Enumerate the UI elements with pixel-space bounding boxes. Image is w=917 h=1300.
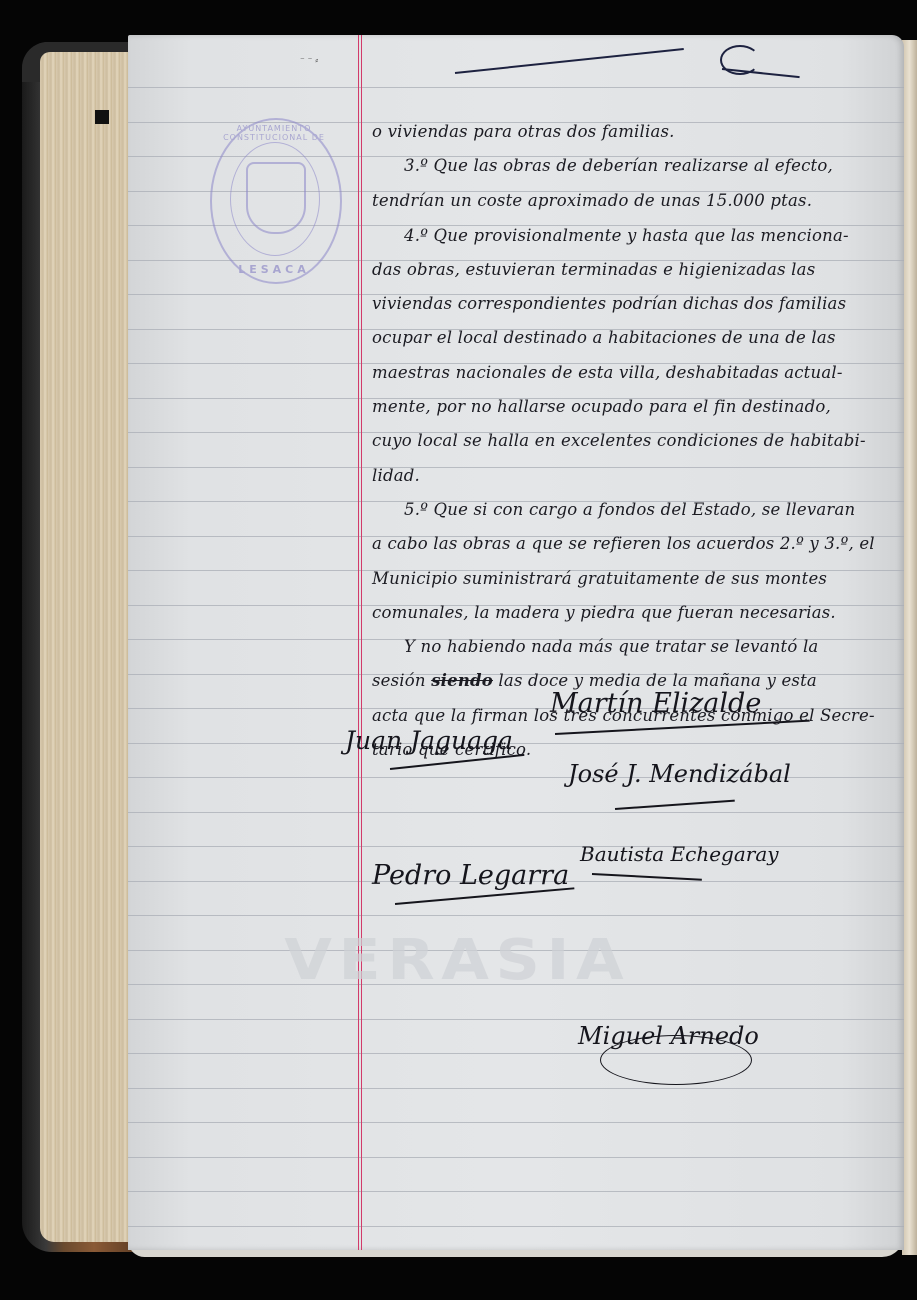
- page-tab-marker: [95, 110, 109, 124]
- signature-jose-mendizabal: José J. Mendizábal: [568, 760, 791, 788]
- signature-bautista-echegaray: Bautista Echegaray: [580, 842, 779, 866]
- text-line: Y no habiendo nada más que tratar se lev…: [372, 637, 917, 656]
- rule-line: [128, 812, 904, 813]
- text-line: cuyo local se halla en excelentes condic…: [372, 431, 902, 450]
- rule-line: [128, 1226, 904, 1227]
- text-line: a cabo las obras a que se refieren los a…: [372, 534, 902, 553]
- bleed-through-text: VERASIA: [284, 928, 630, 993]
- pencil-mark: ⁻ ⁻ ⸗: [300, 55, 318, 66]
- struck-word: siendo: [431, 671, 493, 690]
- rule-line: [128, 1053, 904, 1054]
- text-line: 4.º Que provisionalmente y hasta que las…: [372, 226, 917, 245]
- text-line: tendrían un coste aproximado de unas 15.…: [372, 191, 902, 210]
- text-line: maestras nacionales de esta villa, desha…: [372, 363, 902, 382]
- rule-line: [128, 1088, 904, 1089]
- text-line: ocupar el local destinado a habitaciones…: [372, 328, 902, 347]
- page-stack-left: [40, 52, 140, 1242]
- text-line: 3.º Que las obras de deberían realizarse…: [372, 156, 917, 175]
- rule-line: [128, 915, 904, 916]
- rule-line: [128, 846, 904, 847]
- stamp-top-text: AYUNTAMIENTO CONSTITUCIONAL DE: [212, 124, 336, 142]
- text-line: 5.º Que si con cargo a fondos del Estado…: [372, 500, 917, 519]
- rule-line: [128, 87, 904, 88]
- text-line: lidad.: [372, 466, 902, 485]
- text-line: viviendas correspondientes podrían dicha…: [372, 294, 902, 313]
- signature-loop: [600, 1035, 752, 1085]
- coat-of-arms-icon: [246, 162, 306, 234]
- text-line: das obras, estuvieran terminadas e higie…: [372, 260, 902, 279]
- rule-line: [128, 1122, 904, 1123]
- text-line: Municipio suministrará gratuitamente de …: [372, 569, 902, 588]
- margin-line-right: [361, 35, 362, 1250]
- text-line: o viviendas para otras dos familias.: [372, 122, 902, 141]
- rule-line: [128, 1191, 904, 1192]
- signature-pedro-legarra: Pedro Legarra: [372, 860, 569, 891]
- stamp-bottom-text: LESACA: [212, 263, 336, 276]
- text-fragment: sesión: [372, 671, 431, 690]
- signature-martin-elizalde: Martín Elizalde: [550, 688, 761, 719]
- signature-juan-jaguaga: Juan Jaguaga: [345, 726, 513, 755]
- rule-line: [128, 1157, 904, 1158]
- municipal-stamp: AYUNTAMIENTO CONSTITUCIONAL DE LESACA: [210, 118, 342, 284]
- rule-line: [128, 1019, 904, 1020]
- text-line: comunales, la madera y piedra que fueran…: [372, 603, 902, 622]
- text-line: mente, por no hallarse ocupado para el f…: [372, 397, 902, 416]
- margin-line-left: [358, 35, 359, 1250]
